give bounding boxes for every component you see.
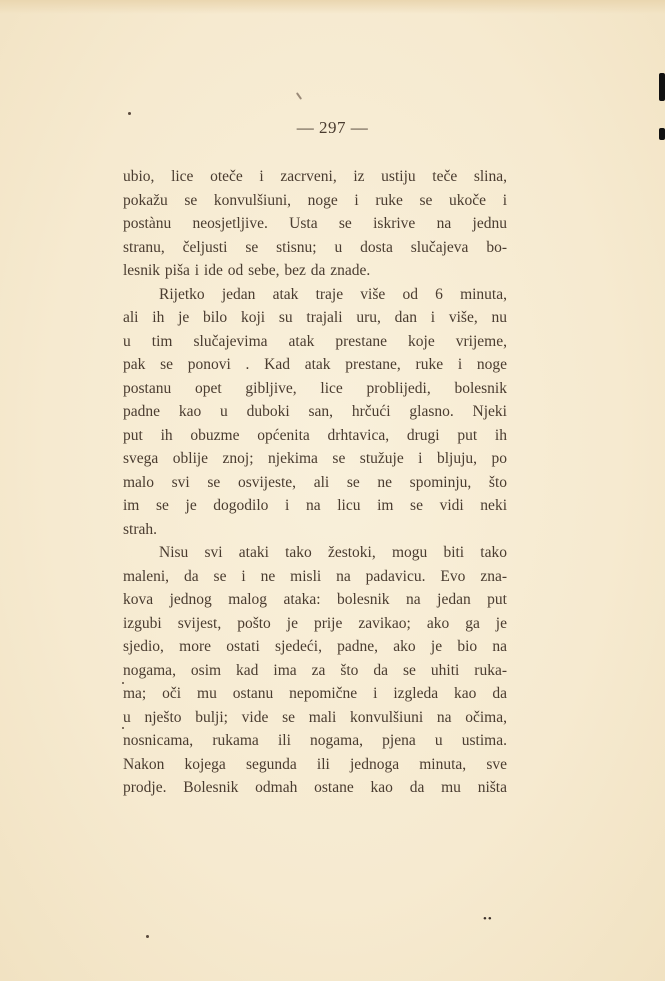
text-line: postanu opet gibljive, lice problijedi, … xyxy=(123,377,507,401)
paper-speck xyxy=(146,935,149,938)
page-number: — 297 — xyxy=(0,118,665,138)
text-line: svega oblije znoj; njekima se stužuje i … xyxy=(123,447,507,471)
text-line: Nakon kojega segunda ili jednoga minuta,… xyxy=(123,753,507,777)
text-line: izgubi svijest, pošto je prije zavikao; … xyxy=(123,612,507,636)
text-line: malo svi se osvijeste, ali se ne spominj… xyxy=(123,471,507,495)
text-line: padne kao u duboki san, hrčući glasno. N… xyxy=(123,400,507,424)
text-line: u nješto bulji; vide se mali konvulšiuni… xyxy=(123,706,507,730)
text-line: Rijetko jedan atak traje više od 6 minut… xyxy=(123,283,507,307)
text-line: strah. xyxy=(123,518,507,542)
text-line: lesnik piša i ide od sebe, bez da znade. xyxy=(123,259,507,283)
text-line: stranu, čeljusti se stisnu; u dosta sluč… xyxy=(123,236,507,260)
text-line: u tim slučajevima atak prestane koje vri… xyxy=(123,330,507,354)
text-line: kova jednog malog ataka: bolesnik na jed… xyxy=(123,588,507,612)
paper-mark xyxy=(296,92,302,100)
text-line: pokažu se konvulšiuni, noge i ruke se uk… xyxy=(123,189,507,213)
text-line: prodje. Bolesnik odmah ostane kao da mu … xyxy=(123,776,507,800)
text-line: maleni, da se i ne misli na padavicu. Ev… xyxy=(123,565,507,589)
text-line: nosnicama, rukama ili nogama, pjena u us… xyxy=(123,729,507,753)
text-line: ubio, lice oteče i zacrveni, iz ustiju t… xyxy=(123,165,507,189)
text-line: put ih obuzme općenita drhtavica, drugi … xyxy=(123,424,507,448)
book-page: — 297 — ubio, lice oteče i zacrveni, iz … xyxy=(0,0,665,981)
text-line: sjedio, more ostati sjedeći, padne, ako … xyxy=(123,635,507,659)
text-line: Nisu svi ataki tako žestoki, mogu biti t… xyxy=(123,541,507,565)
paper-speck xyxy=(128,112,131,115)
scan-edge-mark xyxy=(659,73,665,101)
text-line: pak se ponovi . Kad atak prestane, ruke … xyxy=(123,353,507,377)
printer-signature-mark: •• xyxy=(483,913,493,925)
text-line: postànu neosjetljive. Usta se iskrive na… xyxy=(123,212,507,236)
text-line: ma; oči mu ostanu nepomične i izgleda ka… xyxy=(123,682,507,706)
text-line: ali ih je bilo koji su trajali uru, dan … xyxy=(123,306,507,330)
page-top-edge-shading xyxy=(0,0,665,14)
body-text: ubio, lice oteče i zacrveni, iz ustiju t… xyxy=(123,165,507,800)
text-line: im se je dogodilo i na licu im se vidi n… xyxy=(123,494,507,518)
text-line: nogama, osim kad ima za što da se uhiti … xyxy=(123,659,507,683)
